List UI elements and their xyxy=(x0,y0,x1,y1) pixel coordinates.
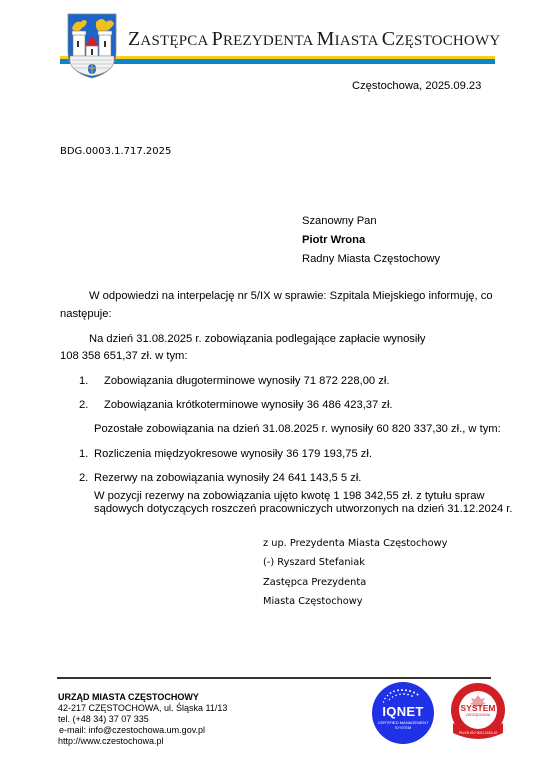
list-item-number: 1. xyxy=(79,448,88,460)
iqnet-certification-badge: IQNET CERTIFIED MANAGEMENT SYSTEM xyxy=(372,682,434,744)
iqnet-title: IQNET xyxy=(372,704,434,719)
footer-divider xyxy=(57,677,491,679)
intro-paragraph-line: W odpowiedzi na interpelację nr 5/IX w s… xyxy=(89,290,493,302)
signature-authority: z up. Prezydenta Miasta Częstochowy xyxy=(263,538,447,549)
footer-organization: URZĄD MIASTA CZĘSTOCHOWY xyxy=(58,692,199,703)
intro-paragraph-line: następuje: xyxy=(60,308,112,320)
footer-website-link[interactable]: http://www.czestochowa.pl xyxy=(58,736,164,747)
list-item-number: 1. xyxy=(79,375,88,387)
list-item: Zobowiązania krótkoterminowe wynosiły 36… xyxy=(104,399,393,411)
header-title-word: MIASTA xyxy=(317,28,382,50)
other-liabilities-paragraph: Pozostałe zobowiązania na dzień 31.08.20… xyxy=(94,423,501,435)
liabilities-paragraph-line: 108 358 651,37 zł. w tym: xyxy=(60,350,188,362)
pcbc-title: SYSTEM xyxy=(447,703,509,713)
footer-address: 42-217 CZĘSTOCHOWA, ul. Śląska 11/13 xyxy=(58,703,227,714)
footer-phone: tel. (+48 34) 37 07 335 xyxy=(58,714,149,725)
header-title-word: ZASTĘPCA xyxy=(128,28,212,50)
liabilities-paragraph-line: Na dzień 31.08.2025 r. zobowiązania podl… xyxy=(89,333,425,345)
reserve-note-line: sądowych dotyczących roszczeń pracownicz… xyxy=(94,503,513,515)
place-date: Częstochowa, 2025.09.23 xyxy=(352,80,481,92)
header-title: ZASTĘPCA PREZYDENTA MIASTA CZĘSTOCHOWY xyxy=(128,28,500,51)
list-item: Rozliczenia międzyokresowe wynosiły 36 1… xyxy=(94,448,372,460)
recipient-salutation: Szanowny Pan xyxy=(302,215,377,227)
recipient-name: Piotr Wrona xyxy=(302,234,365,246)
reference-number: BDG.0003.1.717.2025 xyxy=(60,146,171,157)
header-stripe-blue xyxy=(60,59,495,64)
list-item: Zobowiązania długoterminowe wynosiły 71 … xyxy=(104,375,389,387)
header-title-word: PREZYDENTA xyxy=(212,28,317,50)
city-coat-of-arms-icon xyxy=(66,12,118,80)
signature-position: Zastępca Prezydenta xyxy=(263,577,366,588)
pcbc-subtitle: ZARZĄDZANIA xyxy=(447,713,509,717)
signature-name: (-) Ryszard Stefaniak xyxy=(263,557,365,568)
recipient-title: Radny Miasta Częstochowy xyxy=(302,253,440,265)
signature-institution: Miasta Częstochowy xyxy=(263,596,363,607)
list-item-number: 2. xyxy=(79,399,88,411)
header-title-word: CZĘSTOCHOWY xyxy=(382,28,501,50)
footer-email[interactable]: e-mail: info@czestochowa.um.gov.pl xyxy=(59,725,205,736)
iqnet-subtitle: CERTIFIED MANAGEMENT SYSTEM xyxy=(372,720,434,730)
pcbc-certification-badge: SYSTEM ZARZĄDZANIA PN-EN ISO 9001:2015-1… xyxy=(447,681,509,743)
list-item-number: 2. xyxy=(79,472,88,484)
pcbc-norm: PN-EN ISO 9001:2015-10 xyxy=(453,731,503,735)
reserve-note-line: W pozycji rezerwy na zobowiązania ujęto … xyxy=(94,490,485,502)
list-item: Rezerwy na zobowiązania wynosiły 24 641 … xyxy=(94,472,361,484)
